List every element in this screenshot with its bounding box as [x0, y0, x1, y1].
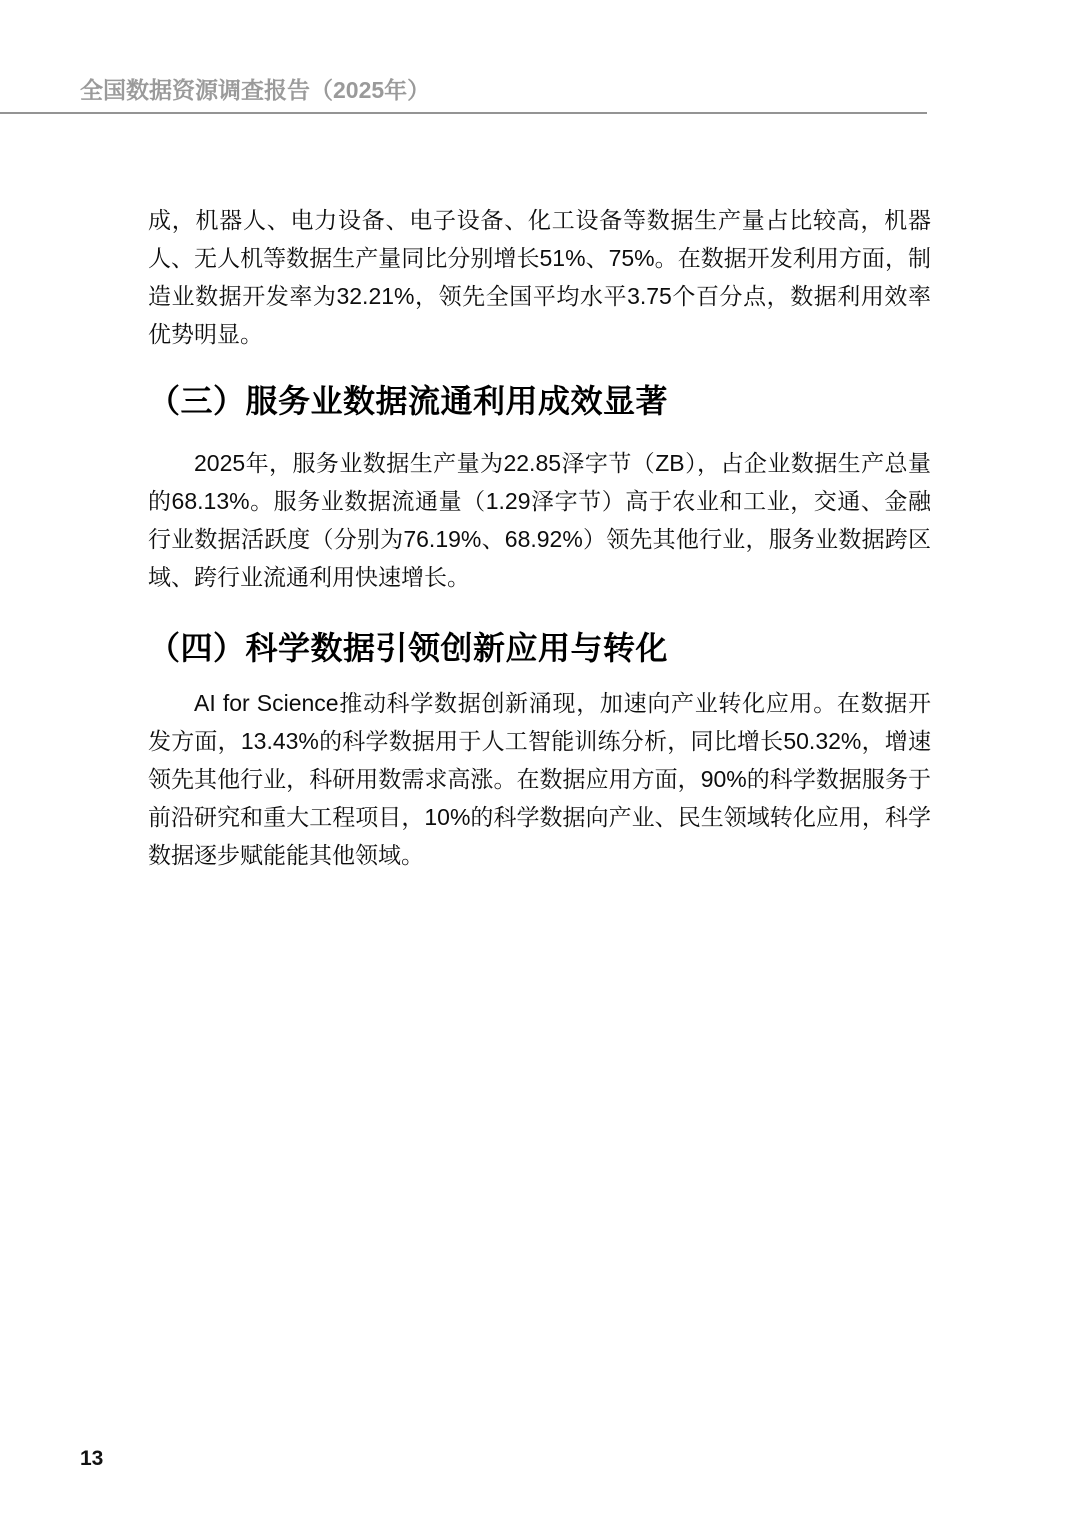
page-content: 成，机器人、电力设备、电子设备、化工设备等数据生产量占比较高，机器人、无人机等数… [148, 0, 931, 874]
section-heading-services: （三）服务业数据流通利用成效显著 [148, 379, 931, 423]
section-heading-science: （四）科学数据引领创新应用与转化 [148, 626, 931, 670]
paragraph-continuation: 成，机器人、电力设备、电子设备、化工设备等数据生产量占比较高，机器人、无人机等数… [148, 201, 931, 353]
report-page: 全国数据资源调查报告（2025年） 成，机器人、电力设备、电子设备、化工设备等数… [0, 0, 1080, 1533]
page-number: 13 [80, 1447, 103, 1471]
paragraph-services: 2025年，服务业数据生产量为22.85泽字节（ZB），占企业数据生产总量的68… [148, 444, 931, 596]
paragraph-science: AI for Science推动科学数据创新涌现，加速向产业转化应用。在数据开发… [148, 684, 931, 874]
